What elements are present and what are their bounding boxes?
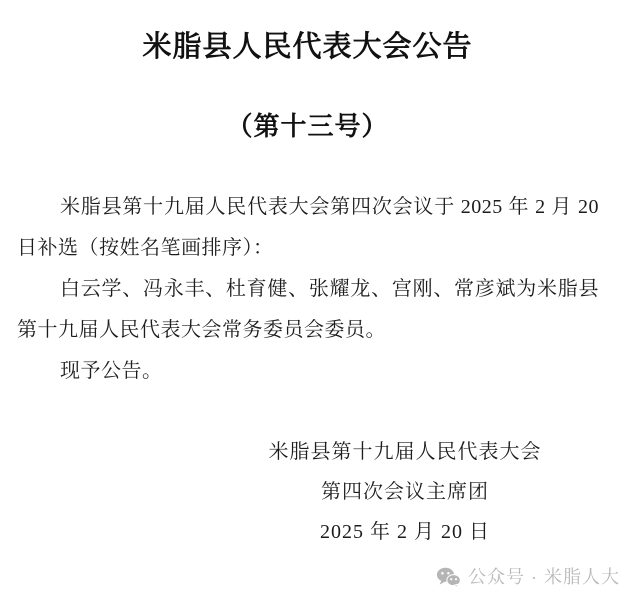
body-paragraph-closing: 现予公告。 (17, 351, 599, 392)
signature-presidium: 第四次会议主席团 (170, 472, 640, 512)
body-paragraph-election: 米脂县第十九届人民代表大会第四次会议于 2025 年 2 月 20 日补选（按姓… (17, 187, 599, 269)
wechat-account-label: 公众号 · 米脂人大 (468, 566, 620, 588)
signature-organization: 米脂县第十九届人民代表大会 (170, 432, 640, 472)
signature-date: 2025 年 2 月 20 日 (170, 512, 640, 552)
announcement-document: 米脂县人民代表大会公告 （第十三号） 米脂县第十九届人民代表大会第四次会议于 2… (0, 0, 640, 598)
document-title: 米脂县人民代表大会公告 (17, 28, 598, 66)
signature-block: 米脂县第十九届人民代表大会 第四次会议主席团 2025 年 2 月 20 日 (170, 432, 640, 552)
wechat-account-watermark: 公众号 · 米脂人大 (436, 566, 620, 588)
document-body: 米脂县第十九届人民代表大会第四次会议于 2025 年 2 月 20 日补选（按姓… (17, 187, 599, 392)
document-number-subtitle: （第十三号） (17, 108, 598, 144)
body-paragraph-names: 白云学、冯永丰、杜育健、张耀龙、宫刚、常彦斌为米脂县第十九届人民代表大会常务委员… (17, 269, 599, 351)
wechat-icon (436, 567, 461, 588)
